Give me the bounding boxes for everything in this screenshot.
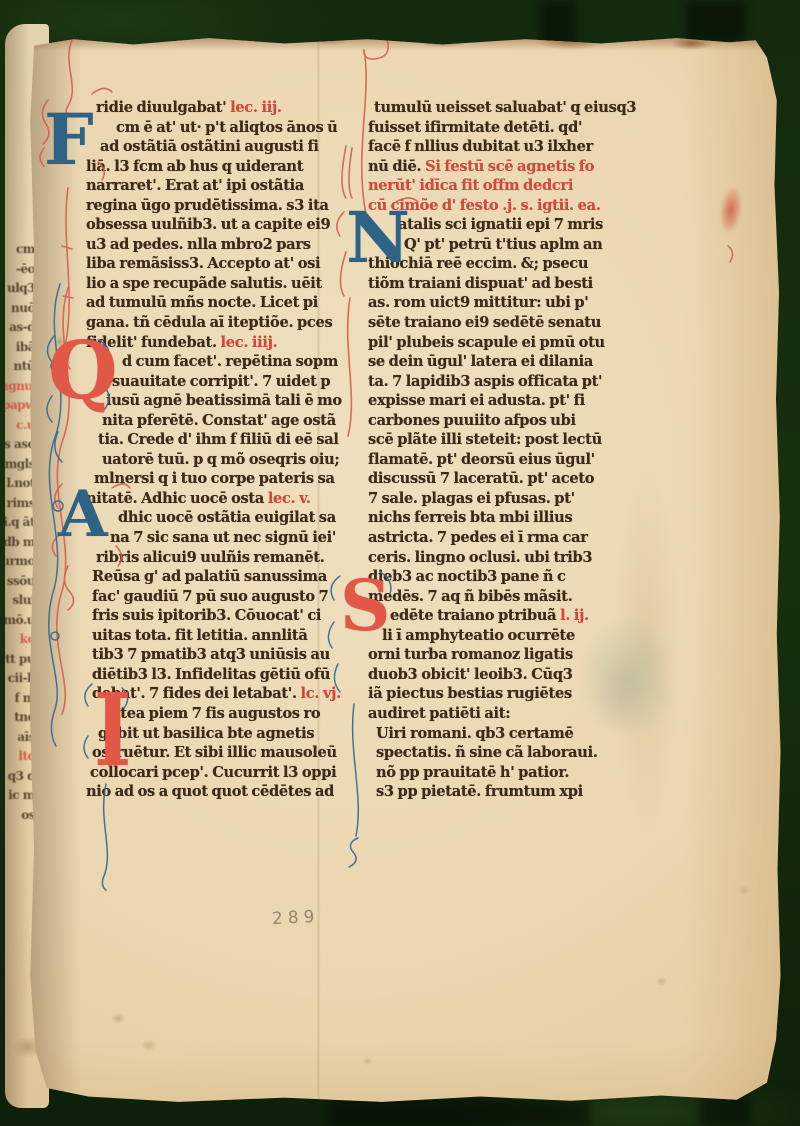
text-line: atalis sci ignatii epi 7 mris <box>368 215 660 235</box>
text-line: discussū 7 laceratū. pt' aceto <box>368 469 660 489</box>
text-line: Q' pt' petrū t'tius aplm an <box>368 235 660 255</box>
text-line: cū cimõe d' festo .j. s. igtii. ea. <box>368 196 660 216</box>
body-text: Uiri romani. qb3 certamē <box>376 725 573 742</box>
rubric-text: nerūt' idīca fit offm dedcri <box>368 177 573 194</box>
body-text: pil' plubeis scapule ei pmū otu <box>368 334 605 351</box>
text-line: d cum facet'. repētina sopm <box>86 352 354 372</box>
text-line: flamatē. pt' deorsū eius ūgul' <box>368 450 660 470</box>
previous-page-fragment: ulq3 <box>5 279 35 299</box>
text-line: carbones puuiito afpos ubi <box>368 411 660 431</box>
text-line: sēte traiano ei9 sedētē senatu <box>368 313 660 333</box>
text-line: iã piectus bestias rugiētes <box>368 684 660 704</box>
previous-page-fragment: ko <box>5 630 35 650</box>
previous-page-fragment: slui <box>5 591 35 611</box>
previous-page-fragment: rims <box>5 494 35 514</box>
text-line: ridie diuulgabat' lec. iij. <box>86 98 354 118</box>
text-line: na 7 sic sana ut nec signū iei' <box>86 528 354 548</box>
text-line: orni turba romanoz ligatis <box>368 645 660 665</box>
initial-a: A <box>58 488 108 542</box>
body-text: ad ostãtiā ostãtini augusti fi <box>100 138 319 155</box>
text-line: fuisset ifirmitate detēti. qd' <box>368 118 660 138</box>
text-line: li ī amphyteatio ocurrēte <box>368 626 660 646</box>
text-line: nerūt' idīca fit offm dedcri <box>368 176 660 196</box>
body-text: uitas tota. fit letitia. annlitā <box>92 627 308 644</box>
previous-page-fragment: i.q āt <box>5 513 35 533</box>
text-line: spectatis. ñ sine cã laboraui. <box>368 743 660 763</box>
text-line: ad tumulū mñs nocte. Licet pi <box>86 293 354 313</box>
body-text: regina ūgo prudētissima. s3 ita <box>86 197 329 214</box>
previous-page-fragment: os <box>5 806 35 826</box>
text-line: pil' plubeis scapule ei pmū otu <box>368 333 660 353</box>
body-text: Reūsa g' ad palatiū sanussima <box>92 568 327 585</box>
body-text: medēs. 7 aq ñ bibēs mãsit. <box>368 588 572 605</box>
rubric-smudge <box>717 185 745 236</box>
body-text: li ī amphyteatio ocurrēte <box>382 627 575 644</box>
text-line: thiochiā reē eccim. &; psecu <box>368 254 660 274</box>
body-text: iã piectus bestias rugiētes <box>368 685 572 702</box>
previous-page-fragment: s aso <box>5 435 35 455</box>
text-line: nitatē. Adhic uocē osta lec. v. <box>86 489 354 509</box>
text-line: liā. l3 fcm ab hus q uiderant <box>86 157 354 177</box>
body-text: uatorē tuū. p q mõ oseqris oiu; <box>102 451 340 468</box>
text-line: nõ pp prauitatē h' patior. <box>368 763 660 783</box>
body-text: nū diē. <box>368 158 425 175</box>
text-line: tia. Crede d' ihm f filiū di eē sal <box>86 430 354 450</box>
text-line: se dein ūgul' latera ei dilania <box>368 352 660 372</box>
rubric-text: Si festū scē agnetis fo <box>425 158 594 175</box>
previous-page-fragment: mgls <box>5 455 35 475</box>
body-text: iusū agnē beatissimā tali ē mo <box>106 392 342 409</box>
body-text: dieb3 ac noctib3 pane ñ c <box>368 568 566 585</box>
text-line: Reūsa g' ad palatiū sanussima <box>86 567 354 587</box>
body-text: lio a spe recupãde salutis. uēit <box>86 275 322 292</box>
text-line: dieb3 ac noctib3 pane ñ c <box>368 567 660 587</box>
text-line: fris suis ipitorib3. Cōuocat' ci <box>86 606 354 626</box>
rubric-text: lec. iiij. <box>221 334 278 351</box>
text-line: astricta. 7 pedes ei ī rma car <box>368 528 660 548</box>
text-line: lio a spe recupãde salutis. uēit <box>86 274 354 294</box>
previous-page-fragment: cm <box>5 240 35 260</box>
body-text: Q' pt' petrū t'tius aplm an <box>404 236 602 253</box>
body-text: ceris. lingno oclusi. ubi trib3 <box>368 549 592 566</box>
body-text: duob3 obicit' leoib3. Cūq3 <box>368 666 573 683</box>
body-text: orni turba romanoz ligatis <box>368 646 573 663</box>
rubric-text: l. ij. <box>560 607 589 624</box>
text-line: facē f nllius dubitat u3 ilxher <box>368 137 660 157</box>
text-line: s3 pp pietatē. frumtum xpi <box>368 782 660 802</box>
text-line: ribris alicui9 uulñis remanēt. <box>86 548 354 568</box>
text-line: scē plãte illi steteit: post lectū <box>368 430 660 450</box>
text-line: nichs ferreis bta mbi illius <box>368 508 660 528</box>
backdrop-shadow <box>540 0 576 46</box>
text-line: fidelit' fundebat. lec. iiij. <box>86 333 354 353</box>
initial-q: Q <box>48 336 118 404</box>
text-line: nita pferētē. Constat' age ostã <box>86 411 354 431</box>
rubric-text: lc. vj. <box>301 685 341 702</box>
body-text: nõ pp prauitatē h' patior. <box>376 764 569 781</box>
text-line: tumulū ueisset saluabat' q eiusq3 <box>368 98 660 118</box>
column-right: tumulū ueisset saluabat' q eiusq3fuisset… <box>368 98 660 802</box>
previous-page-fragment: ic m <box>5 786 35 806</box>
body-text: as. rom uict9 mittitur: ubi p' <box>368 294 588 311</box>
body-text: tumulū ueisset saluabat' q eiusq3 <box>374 99 636 116</box>
text-line: obsessa uulñib3. ut a capite ei9 <box>86 215 354 235</box>
body-text: u3 ad pedes. nlla mbro2 pars <box>86 236 311 253</box>
body-text: scē plãte illi steteit: post lectū <box>368 431 602 448</box>
text-line: tib3 7 pmatib3 atq3 uniūsis au <box>86 645 354 665</box>
text-line: Uiri romani. qb3 certamē <box>368 724 660 744</box>
text-line: uatorē tuū. p q mõ oseqris oiu; <box>86 450 354 470</box>
text-line: 7 sale. plagas ei pfusas. pt' <box>368 489 660 509</box>
body-text: edēte traiano ptribuã <box>390 607 560 624</box>
text-line: duob3 obicit' leoib3. Cūq3 <box>368 665 660 685</box>
previous-page-fragment: q3 d <box>5 767 35 787</box>
text-line: edēte traiano ptribuã l. ij. <box>368 606 660 626</box>
text-line: tiõm traiani dispuat' ad besti <box>368 274 660 294</box>
body-text: ribris alicui9 uulñis remanēt. <box>96 549 325 566</box>
text-line: uitas tota. fit letitia. annlitā <box>86 626 354 646</box>
initial-n: N <box>346 208 410 268</box>
body-text: audiret patiēti ait: <box>368 705 510 722</box>
text-line: iusū agnē beatissimā tali ē mo <box>86 391 354 411</box>
body-text: flamatē. pt' deorsū eius ūgul' <box>368 451 595 468</box>
text-line: mlnersi q i tuo corpe pateris sa <box>86 469 354 489</box>
body-text: 7 sale. plagas ei pfusas. pt' <box>368 490 575 507</box>
body-text: expisse mari ei adusta. pt' fi <box>368 392 585 409</box>
body-text: astricta. 7 pedes ei ī rma car <box>368 529 588 546</box>
previous-page-fragment: mō.u <box>5 611 35 631</box>
body-text: facē f nllius dubitat u3 ilxher <box>368 138 593 155</box>
body-text: fris suis ipitorib3. Cōuocat' ci <box>92 607 321 624</box>
body-text: ta. 7 lapidib3 aspis officata pt' <box>368 373 602 390</box>
body-text: mlnersi q i tuo corpe pateris sa <box>94 470 335 487</box>
backdrop-shadow <box>330 1100 590 1126</box>
body-text: obsessa uulñib3. ut a capite ei9 <box>86 216 330 233</box>
body-text: d cum facet'. repētina sopm <box>122 353 338 370</box>
rubric-text: lec. v. <box>268 490 311 507</box>
body-text: liā. l3 fcm ab hus q uiderant <box>86 158 303 175</box>
previous-page-fragment: ssōu <box>5 572 35 592</box>
backdrop-shadow <box>686 0 746 42</box>
previous-page-fragment: -ēo <box>5 260 35 280</box>
text-line: ad ostãtiā ostãtini augusti fi <box>86 137 354 157</box>
body-text: nitatē. Adhic uocē osta <box>86 490 268 507</box>
text-line: nū diē. Si festū scē agnetis fo <box>368 157 660 177</box>
body-text: cm ē at' ut· p't aliqtos ānos ū <box>116 119 337 136</box>
body-text: ntea piem 7 fis augustos ro <box>110 705 320 722</box>
manuscript-photo: cm-ēoulq3nuōas-dibāntūagnuspapwc.us asom… <box>0 0 800 1126</box>
body-text: tia. Crede d' ihm f filiū di eē sal <box>98 431 339 448</box>
body-text: na 7 sic sana ut nec signū iei' <box>110 529 336 546</box>
previous-page-fragment: urmo <box>5 552 35 572</box>
rubric-text: lec. iij. <box>230 99 282 116</box>
body-text: fac' gaudiū 7 pū suo augusto 7 <box>92 588 328 605</box>
text-line: u3 ad pedes. nlla mbro2 pars <box>86 235 354 255</box>
text-line: dhic uocē ostãtia euigilat sa <box>86 508 354 528</box>
previous-page-fragment: db m <box>5 533 35 553</box>
body-text: nita pferētē. Constat' age ostã <box>102 412 336 429</box>
initial-i: I <box>94 688 131 773</box>
text-line: ta. 7 lapidib3 aspis officata pt' <box>368 372 660 392</box>
body-text: spectatis. ñ sine cã laboraui. <box>376 744 598 761</box>
body-text: discussū 7 laceratū. pt' aceto <box>368 470 594 487</box>
body-text: s3 pp pietatē. frumtum xpi <box>376 783 583 800</box>
text-line: audiret patiēti ait: <box>368 704 660 724</box>
page-number: 289 <box>272 907 320 929</box>
previous-page-fragment: ntū <box>5 357 35 377</box>
manuscript-page: F Q A I N S ridie diuulgabat' lec. iij.c… <box>28 36 782 1104</box>
body-text: carbones puuiito afpos ubi <box>368 412 576 429</box>
previous-page-text-fragments: cm-ēoulq3nuōas-dibāntūagnuspapwc.us asom… <box>5 240 35 825</box>
previous-page-fragment: l.not <box>5 474 35 494</box>
body-text: gana. tñ cēdula aī iteptiõe. pces <box>86 314 332 331</box>
body-text: sēte traiano ei9 sedētē senatu <box>368 314 601 331</box>
body-text: dhic uocē ostãtia euigilat sa <box>118 509 336 526</box>
text-line: ceris. lingno oclusi. ubi trib3 <box>368 548 660 568</box>
text-line: fac' gaudiū 7 pū suo augusto 7 <box>86 587 354 607</box>
text-line: cm ē at' ut· p't aliqtos ānos ū <box>86 118 354 138</box>
text-line: medēs. 7 aq ñ bibēs mãsit. <box>368 587 660 607</box>
body-text: atalis sci ignatii epi 7 mris <box>398 216 603 233</box>
previous-page-fragment: c.u <box>5 416 35 436</box>
text-line: liba remãsiss3. Accepto at' osi <box>86 254 354 274</box>
text-line: expisse mari ei adusta. pt' fi <box>368 391 660 411</box>
body-text: narraret'. Erat at' ipi ostãtia <box>86 177 304 194</box>
body-text: liba remãsiss3. Accepto at' osi <box>86 255 320 272</box>
initial-f: F <box>44 110 94 170</box>
text-line: gana. tñ cēdula aī iteptiõe. pces <box>86 313 354 333</box>
body-text: suauitate corripit'. 7 uidet p <box>112 373 330 390</box>
text-line: suauitate corripit'. 7 uidet p <box>86 372 354 392</box>
body-text: se dein ūgul' latera ei dilania <box>368 353 593 370</box>
body-text: tib3 7 pmatib3 atq3 uniūsis au <box>92 646 330 663</box>
previous-page-fragment: lto <box>5 747 35 767</box>
text-line: as. rom uict9 mittitur: ubi p' <box>368 293 660 313</box>
body-text: ad tumulū mñs nocte. Licet pi <box>86 294 318 311</box>
previous-page-fragment: nuō <box>5 299 35 319</box>
previous-page-fragment: as-d <box>5 318 35 338</box>
previous-page-fragment: ibā <box>5 338 35 358</box>
body-text: fuisset ifirmitate detēti. qd' <box>368 119 582 136</box>
body-text: nichs ferreis bta mbi illius <box>368 509 572 526</box>
body-text: ridie diuulgabat' <box>96 99 230 116</box>
text-line: regina ūgo prudētissima. s3 ita <box>86 196 354 216</box>
initial-s: S <box>340 576 391 636</box>
text-line: narraret'. Erat at' ipi ostãtia <box>86 176 354 196</box>
